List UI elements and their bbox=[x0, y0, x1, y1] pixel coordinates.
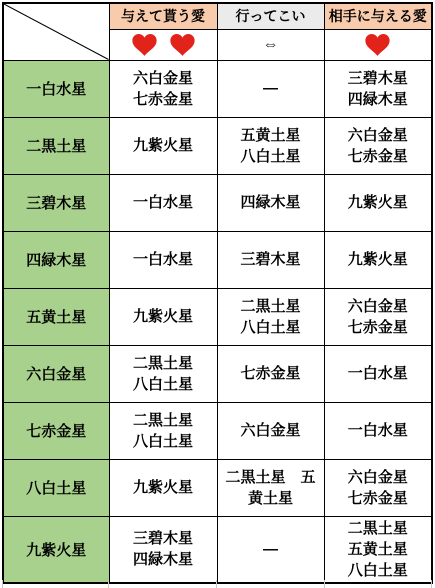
header-receive-love: 与えて貰う愛 bbox=[109, 3, 217, 29]
table-row: 七赤金星 二黒土星 八白土星 六白金星 一白水星 bbox=[3, 402, 432, 459]
give-cell: 六白金星 七赤金星 bbox=[324, 117, 432, 174]
table-row: 三碧木星 一白水星 四緑木星 九紫火星 bbox=[3, 174, 432, 231]
double-arrow-symbol: ⇔ bbox=[263, 36, 279, 53]
receive-cell: 二黒土星 八白土星 bbox=[109, 402, 217, 459]
table-row: 四緑木星 一白水星 三碧木星 九紫火星 bbox=[3, 231, 432, 288]
mutual-cell: 四緑木星 bbox=[217, 174, 324, 231]
row-header-cell: 七赤金星 bbox=[3, 402, 109, 459]
row-header-cell: 九紫火星 bbox=[3, 516, 109, 583]
diagonal-line bbox=[4, 4, 109, 60]
give-cell: 二黒土星 五黄土星 八白土星 bbox=[324, 516, 432, 583]
header-label-row: 与えて貰う愛 行ってこい 相手に与える愛 bbox=[3, 3, 432, 29]
mutual-symbol-cell: ⇔ bbox=[217, 29, 324, 60]
give-cell: 六白金星 七赤金星 bbox=[324, 288, 432, 345]
row-header-cell: 六白金星 bbox=[3, 345, 109, 402]
give-cell: 九紫火星 bbox=[324, 231, 432, 288]
receive-cell: 一白水星 bbox=[109, 231, 217, 288]
give-icon-cell bbox=[324, 29, 432, 60]
row-header-cell: 三碧木星 bbox=[3, 174, 109, 231]
table-row: 五黄土星 九紫火星 二黒土星 八白土星 六白金星 七赤金星 bbox=[3, 288, 432, 345]
compatibility-table: 与えて貰う愛 行ってこい 相手に与える愛 ⇔ bbox=[2, 2, 433, 584]
mutual-cell: 六白金星 bbox=[217, 402, 324, 459]
mutual-cell: — bbox=[217, 60, 324, 117]
heart-icon bbox=[132, 34, 157, 56]
table-row: 二黒土星 九紫火星 五黄土星 八白土星 六白金星 七赤金星 bbox=[3, 117, 432, 174]
mutual-cell: 五黄土星 八白土星 bbox=[217, 117, 324, 174]
receive-cell: 三碧木星 四緑木星 bbox=[109, 516, 217, 583]
gridline-stub bbox=[431, 580, 432, 588]
gridline-stub bbox=[108, 580, 109, 588]
gridline-stub bbox=[216, 580, 217, 588]
receive-cell: 二黒土星 八白土星 bbox=[109, 345, 217, 402]
row-header-cell: 四緑木星 bbox=[3, 231, 109, 288]
heart-icon bbox=[365, 34, 390, 56]
compatibility-table-page: 与えて貰う愛 行ってこい 相手に与える愛 ⇔ bbox=[0, 0, 435, 588]
row-header-cell: 一白水星 bbox=[3, 60, 109, 117]
receive-cell: 九紫火星 bbox=[109, 288, 217, 345]
give-cell: 一白水星 bbox=[324, 402, 432, 459]
row-header-cell: 二黒土星 bbox=[3, 117, 109, 174]
heart-icon bbox=[170, 34, 195, 56]
give-cell: 一白水星 bbox=[324, 345, 432, 402]
receive-icons-cell bbox=[109, 29, 217, 60]
give-cell: 六白金星 七赤金星 bbox=[324, 459, 432, 516]
header-mutual: 行ってこい bbox=[217, 3, 324, 29]
receive-cell: 九紫火星 bbox=[109, 117, 217, 174]
mutual-cell: 七赤金星 bbox=[217, 345, 324, 402]
gridline-stub bbox=[324, 580, 325, 588]
corner-cell bbox=[3, 3, 109, 60]
two-hearts-icon bbox=[132, 34, 195, 56]
row-header-cell: 八白土星 bbox=[3, 459, 109, 516]
table-row: 九紫火星 三碧木星 四緑木星 — 二黒土星 五黄土星 八白土星 bbox=[3, 516, 432, 583]
row-header-cell: 五黄土星 bbox=[3, 288, 109, 345]
table-row: 六白金星 二黒土星 八白土星 七赤金星 一白水星 bbox=[3, 345, 432, 402]
gridline-stub bbox=[2, 580, 3, 588]
header-give-love: 相手に与える愛 bbox=[324, 3, 432, 29]
mutual-cell: — bbox=[217, 516, 324, 583]
mutual-cell: 二黒土星 五 黄土星 bbox=[217, 459, 324, 516]
receive-cell: 九紫火星 bbox=[109, 459, 217, 516]
table-row: 一白水星 六白金星 七赤金星 — 三碧木星 四緑木星 bbox=[3, 60, 432, 117]
give-cell: 九紫火星 bbox=[324, 174, 432, 231]
give-cell: 三碧木星 四緑木星 bbox=[324, 60, 432, 117]
mutual-cell: 二黒土星 八白土星 bbox=[217, 288, 324, 345]
receive-cell: 一白水星 bbox=[109, 174, 217, 231]
receive-cell: 六白金星 七赤金星 bbox=[109, 60, 217, 117]
table-row: 八白土星 九紫火星 二黒土星 五 黄土星 六白金星 七赤金星 bbox=[3, 459, 432, 516]
mutual-cell: 三碧木星 bbox=[217, 231, 324, 288]
